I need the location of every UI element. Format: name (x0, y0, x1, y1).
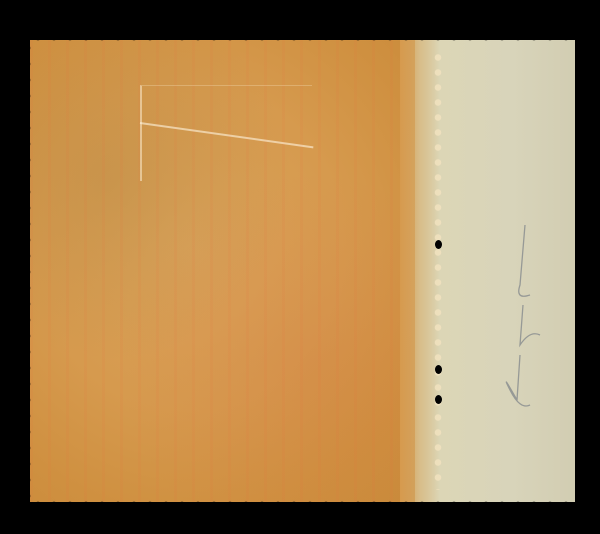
top-perforations (30, 36, 575, 44)
stamp-back (30, 40, 575, 502)
roulette-line (433, 50, 443, 490)
perforation-hole (435, 395, 442, 404)
left-perforations (26, 40, 34, 502)
perforation-hole (435, 365, 442, 374)
hinge-remnant (140, 85, 312, 181)
bottom-perforations (30, 498, 575, 506)
perforation-hole (435, 240, 442, 249)
pencil-annotation (495, 225, 545, 425)
